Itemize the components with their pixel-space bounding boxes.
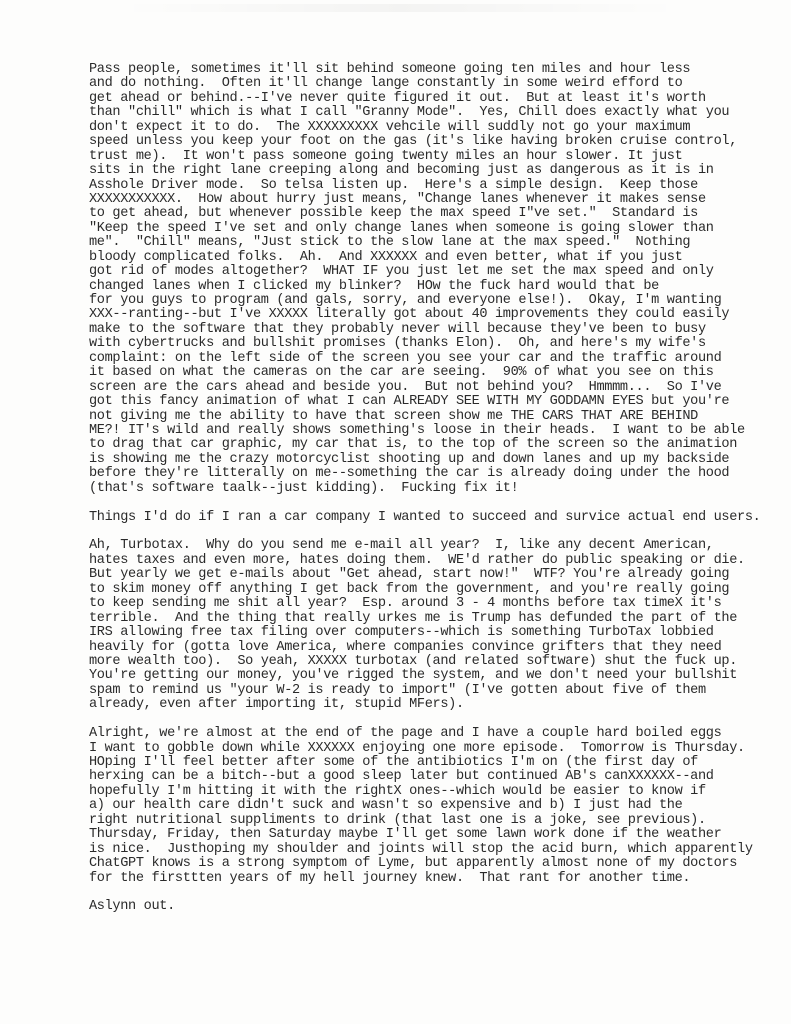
text-line: complaint: on the left side of the scree… <box>89 352 779 366</box>
paragraph-signoff: Aslynn out. <box>89 900 779 914</box>
text-line: for the firsttten years of my hell journ… <box>89 872 779 886</box>
text-line: (that's software taalk--just kidding). F… <box>89 482 779 496</box>
text-line: IRS allowing free tax filing over comput… <box>89 626 779 640</box>
text-line: more wealth too). So yeah, XXXXX turbota… <box>89 655 779 669</box>
text-line: got rid of modes altogether? WHAT IF you… <box>89 265 779 279</box>
text-line: herxing can be a bitch--but a good sleep… <box>89 770 779 784</box>
text-line: ME?! IT's wild and really shows somethin… <box>89 424 779 438</box>
text-line: Ah, Turbotax. Why do you send me e-mail … <box>89 539 779 553</box>
text-line: screen are the cars ahead and beside you… <box>89 381 779 395</box>
text-line: bloody complicated folks. Ah. And XXXXXX… <box>89 251 779 265</box>
text-line: HOping I'll feel better after some of th… <box>89 756 779 770</box>
text-line: to keep sending me shit all year? Esp. a… <box>89 597 779 611</box>
text-line: Asshole Driver mode. So telsa listen up.… <box>89 179 779 193</box>
text-line: a) our health care didn't suck and wasn'… <box>89 799 779 813</box>
text-line: But yearly we get e-mails about "Get ahe… <box>89 568 779 582</box>
text-line: with cybertrucks and bullshit promises (… <box>89 337 779 351</box>
paragraph-health-update: Alright, we're almost at the end of the … <box>89 727 779 886</box>
text-line: spam to remind us "your W-2 is ready to … <box>89 684 779 698</box>
text-line: changed lanes when I clicked my blinker?… <box>89 280 779 294</box>
text-line: trust me). It won't pass someone going t… <box>89 150 779 164</box>
text-line: Thursday, Friday, then Saturday maybe I'… <box>89 828 779 842</box>
text-line: hates taxes and even more, hates doing t… <box>89 554 779 568</box>
text-line: already, even after importing it, stupid… <box>89 698 779 712</box>
text-line: hopefully I'm hitting it with the rightX… <box>89 785 779 799</box>
paragraph-turbotax-rant: Ah, Turbotax. Why do you send me e-mail … <box>89 539 779 712</box>
text-line: before they're litterally on me--somethi… <box>89 467 779 481</box>
text-line: sits in the right lane creeping along an… <box>89 164 779 178</box>
text-line: to skim money off anything I get back fr… <box>89 583 779 597</box>
text-line: not giving me the ability to have that s… <box>89 410 779 424</box>
text-line: is nice. Justhoping my shoulder and join… <box>89 843 779 857</box>
text-line: terrible. And the thing that really urke… <box>89 612 779 626</box>
text-line: ChatGPT knows is a strong symptom of Lym… <box>89 857 779 871</box>
paragraph-gap <box>89 713 779 727</box>
text-line: to get ahead, but whenever possible keep… <box>89 207 779 221</box>
text-line: than "chill" which is what I call "Grann… <box>89 106 779 120</box>
text-line: XXX--ranting--but I've XXXXX literally g… <box>89 308 779 322</box>
typewritten-page: Pass people, sometimes it'll sit behind … <box>0 0 791 1024</box>
paragraph-gap <box>89 496 779 510</box>
document-body: Pass people, sometimes it'll sit behind … <box>89 63 779 915</box>
text-line: speed unless you keep your foot on the g… <box>89 135 779 149</box>
text-line: don't expect it to do. The XXXXXXXXX veh… <box>89 121 779 135</box>
text-line: "Keep the speed I've set and only change… <box>89 222 779 236</box>
text-line: get ahead or behind.--I've never quite f… <box>89 92 779 106</box>
text-line: got this fancy animation of what I can A… <box>89 395 779 409</box>
paragraph-car-company-line: Things I'd do if I ran a car company I w… <box>89 511 779 525</box>
text-line: I want to gobble down while XXXXXX enjoy… <box>89 742 779 756</box>
text-line: XXXXXXXXXXX. How about hurry just means,… <box>89 193 779 207</box>
text-line: Pass people, sometimes it'll sit behind … <box>89 63 779 77</box>
text-line: Aslynn out. <box>89 900 779 914</box>
text-line: right nutritional suppliments to drink (… <box>89 814 779 828</box>
text-line: heavily for (gotta love America, where c… <box>89 641 779 655</box>
paragraph-gap <box>89 525 779 539</box>
text-line: and do nothing. Often it'll change lange… <box>89 77 779 91</box>
text-line: Things I'd do if I ran a car company I w… <box>89 511 779 525</box>
text-line: You're getting our money, you've rigged … <box>89 669 779 683</box>
text-line: make to the software that they probably … <box>89 323 779 337</box>
text-line: is showing me the crazy motorcyclist sho… <box>89 453 779 467</box>
paragraph-gap <box>89 886 779 900</box>
text-line: me". "Chill" means, "Just stick to the s… <box>89 236 779 250</box>
text-line: to drag that car graphic, my car that is… <box>89 438 779 452</box>
text-line: for you guys to program (and gals, sorry… <box>89 294 779 308</box>
text-line: Alright, we're almost at the end of the … <box>89 727 779 741</box>
text-line: it based on what the cameras on the car … <box>89 366 779 380</box>
paragraph-autopilot-modes-rant: Pass people, sometimes it'll sit behind … <box>89 63 779 496</box>
